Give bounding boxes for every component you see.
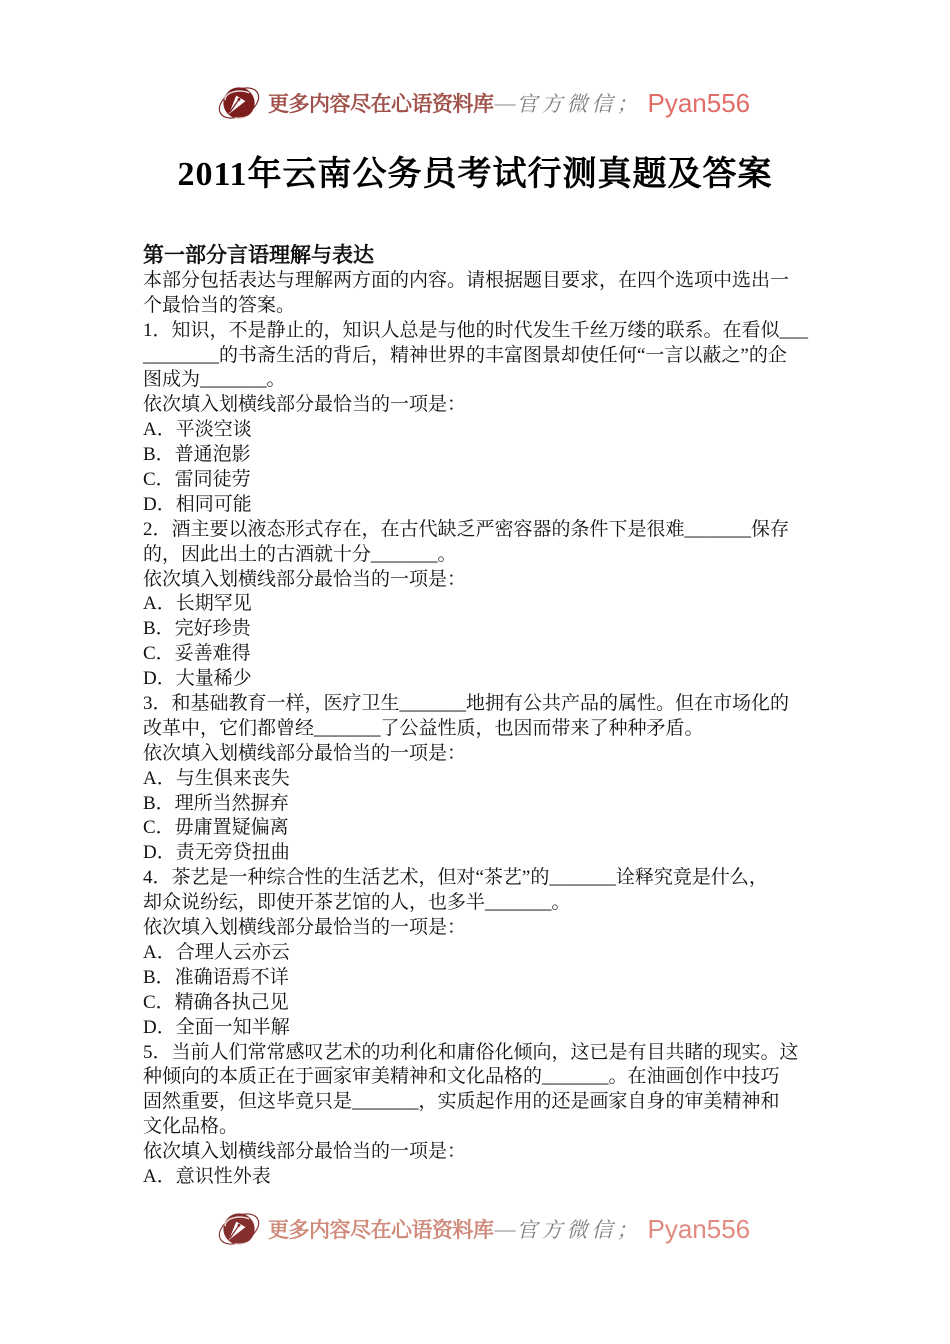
- text-line: 3．和基础教育一样，医疗卫生_______地拥有公共产品的属性。但在市场化的: [143, 692, 823, 717]
- document-body: 第一部分言语理解与表达本部分包括表达与理解两方面的内容。请根据题目要求，在四个选…: [143, 244, 823, 1190]
- text-line: 改革中，它们都曾经_______了公益性质，也因而带来了种种矛盾。: [143, 717, 823, 742]
- text-line: 依次填入划横线部分最恰当的一项是：: [143, 1140, 823, 1165]
- text-line: 文化品格。: [143, 1115, 823, 1140]
- watermark-brand-text: 更多内容尽在心语资料库: [268, 88, 494, 118]
- text-line: B．完好珍贵: [143, 617, 823, 642]
- text-line: ________的书斋生活的背后，精神世界的丰富图景却使任何“一言以蔽之”的企: [143, 344, 823, 369]
- watermark-wechat-id: Pyan556: [648, 88, 751, 119]
- watermark-label: 官方微信；: [517, 1214, 642, 1244]
- text-line: A．平淡空谈: [143, 418, 823, 443]
- text-line: 5．当前人们常常感叹艺术的功利化和庸俗化倾向，这已是有目共睹的现实。这: [143, 1041, 823, 1066]
- pen-nib-logo-icon: [216, 80, 262, 126]
- text-line: A．合理人云亦云: [143, 941, 823, 966]
- text-line: 却众说纷纭，即使开茶艺馆的人，也多半_______。: [143, 891, 823, 916]
- text-line: 1．知识，不是静止的，知识人总是与他的时代发生千丝万缕的联系。在看似___: [143, 319, 823, 344]
- watermark-dash: —: [495, 1217, 516, 1242]
- text-line: 依次填入划横线部分最恰当的一项是：: [143, 568, 823, 593]
- text-line: A．长期罕见: [143, 592, 823, 617]
- text-line: D．全面一知半解: [143, 1016, 823, 1041]
- text-line: C．毋庸置疑偏离: [143, 816, 823, 841]
- text-line: 的，因此出土的古酒就十分_______。: [143, 543, 823, 568]
- watermark-brand-text: 更多内容尽在心语资料库: [268, 1214, 494, 1244]
- text-line: B．普通泡影: [143, 443, 823, 468]
- text-line: 固然重要，但这毕竟只是_______，实质起作用的还是画家自身的审美精神和: [143, 1090, 823, 1115]
- text-line: D．相同可能: [143, 493, 823, 518]
- text-line: 依次填入划横线部分最恰当的一项是：: [143, 742, 823, 767]
- watermark-header: 更多内容尽在心语资料库—官方微信； Pyan556: [216, 80, 750, 126]
- section-heading: 第一部分言语理解与表达: [143, 244, 823, 269]
- text-line: 个最恰当的答案。: [143, 294, 823, 319]
- document-title: 2011年云南公务员考试行测真题及答案: [0, 146, 950, 195]
- text-line: A．与生俱来丧失: [143, 767, 823, 792]
- watermark-footer: 更多内容尽在心语资料库—官方微信； Pyan556: [216, 1206, 750, 1252]
- text-line: 图成为_______。: [143, 368, 823, 393]
- text-line: 本部分包括表达与理解两方面的内容。请根据题目要求，在四个选项中选出一: [143, 269, 823, 294]
- text-line: C．雷同徒劳: [143, 468, 823, 493]
- text-line: C．妥善难得: [143, 642, 823, 667]
- text-line: B．准确语焉不详: [143, 966, 823, 991]
- text-line: 依次填入划横线部分最恰当的一项是：: [143, 916, 823, 941]
- watermark-wechat-id: Pyan556: [648, 1214, 751, 1245]
- text-line: C．精确各执己见: [143, 991, 823, 1016]
- pen-nib-logo-icon: [216, 1206, 262, 1252]
- text-line: 4．茶艺是一种综合性的生活艺术，但对“茶艺”的_______诠释究竟是什么，: [143, 866, 823, 891]
- watermark-label: 官方微信；: [517, 88, 642, 118]
- text-line: 2．酒主要以液态形式存在，在古代缺乏严密容器的条件下是很难_______保存: [143, 518, 823, 543]
- text-line: 依次填入划横线部分最恰当的一项是：: [143, 393, 823, 418]
- text-line: D．大量稀少: [143, 667, 823, 692]
- document-page: 更多内容尽在心语资料库—官方微信； Pyan556 2011年云南公务员考试行测…: [0, 0, 950, 1344]
- text-line: A．意识性外表: [143, 1165, 823, 1190]
- text-line: 种倾向的本质正在于画家审美精神和文化品格的_______。在油画创作中技巧: [143, 1065, 823, 1090]
- text-line: D．责无旁贷扭曲: [143, 841, 823, 866]
- watermark-dash: —: [495, 91, 516, 116]
- text-line: B．理所当然摒弃: [143, 792, 823, 817]
